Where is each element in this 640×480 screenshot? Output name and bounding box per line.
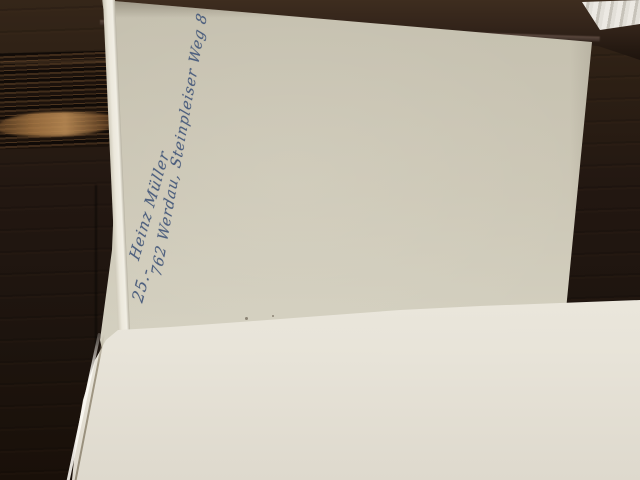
wood-panel-seam — [95, 185, 97, 345]
photo-of-open-book: 762 Werdau, Steinpleiser Weg 8 Heinz Mül… — [0, 0, 640, 480]
paper-speck — [272, 315, 274, 317]
paper-speck — [245, 317, 248, 320]
